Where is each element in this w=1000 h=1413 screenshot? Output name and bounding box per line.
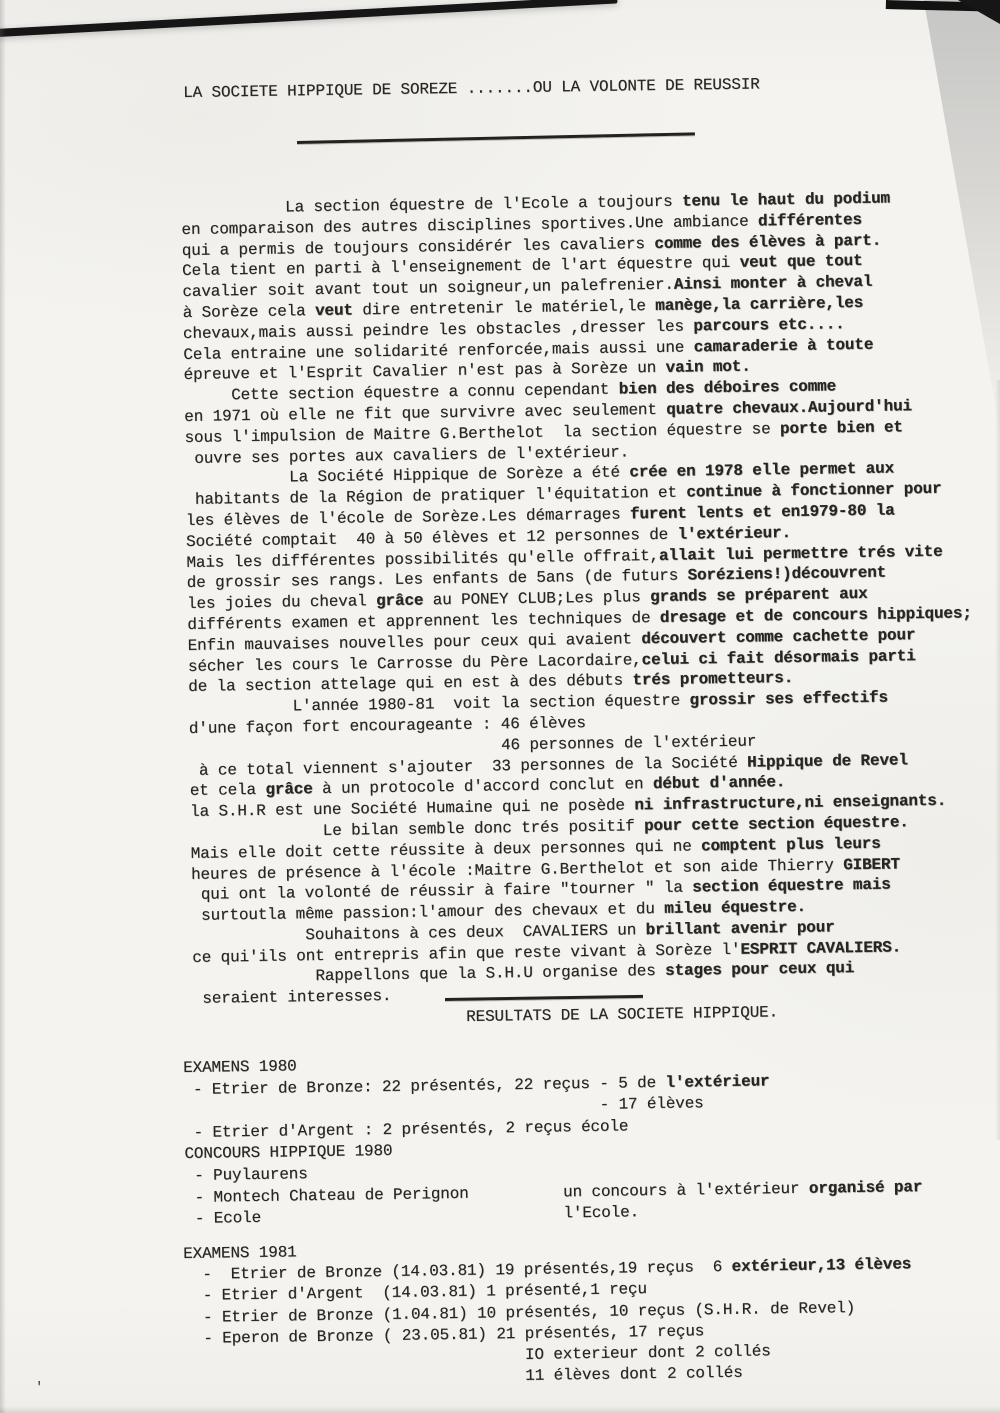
stray-pen-mark: ': [35, 1380, 43, 1396]
results-exams-1980: EXAMENS 1980 - Etrier de Bronze: 22 prés…: [183, 1047, 923, 1231]
title-underline: [297, 132, 695, 144]
scan-top-edge: [0, 0, 617, 38]
scan-right-edge: [995, 380, 1000, 1140]
scanned-document-page: LA SOCIETE HIPPIQUE DE SOREZE .......OU …: [0, 0, 1000, 1413]
document-title: LA SOCIETE HIPPIQUE DE SOREZE .......OU …: [183, 75, 760, 102]
results-heading: RESULTATS DE LA SOCIETE HIPPIQUE.: [466, 1003, 778, 1026]
body-text: La section équestre de l'Ecole a toujour…: [181, 187, 977, 1010]
scan-left-edge: [0, 0, 6, 1413]
results-exams-1981: EXAMENS 1981 - Etrier de Bronze (14.03.8…: [183, 1233, 913, 1392]
scan-bottom-edge: [0, 1406, 1000, 1413]
